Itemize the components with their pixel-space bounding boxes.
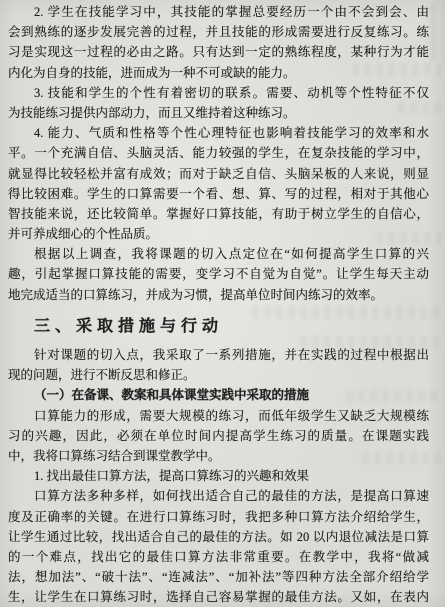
text-line: 2. 学生在技能学习中，其技能的掌握总要经历一个由不会到会、由 (8, 2, 429, 22)
text-line: 根据以上调查，我将课题的切入点定位在“如何提高学生口算的兴 (8, 244, 429, 264)
text-line: 法，想加法”、“破十法”、“连减法”、“加补法”等四种方法全部介绍给学 (8, 567, 429, 587)
document-page: 2. 学生在技能学习中，其技能的掌握总要经历一个由不会到会、由会到熟练的逐步发展… (0, 0, 445, 607)
text-line: 口算能力的形成，需要大规模的练习，而低年级学生又缺乏大规模练 (8, 406, 429, 426)
text-line: 1. 找出最佳口算方法，提高口算练习的兴趣和效果 (8, 466, 429, 486)
bleed-through-artifact (430, 4, 444, 62)
text-line: 生，让学生在口算练习时，选择自己容易掌握的最佳方法。又如，在表内 (8, 587, 429, 607)
text-line: 口算方法多种多样，如何找出适合自己的最佳的方法，是提高口算速 (8, 486, 429, 506)
text-line: 得比较困难。学生的口算需要一个看、想、算、写的过程，相对于其他心 (8, 184, 429, 204)
section-heading: 三、采取措施与行动 (8, 317, 429, 337)
subsection-heading: （一）在备课、教案和具体课堂实践中采取的措施 (8, 385, 429, 405)
text-line: 习是实现这一过程的必由之路。只有达到一定的熟练程度，某种行为才能 (8, 42, 429, 62)
text-line: 度及正确率的关键。在进行口算练习时，我把多种口算方法介绍给学生， (8, 507, 429, 527)
text-line: 的一个难点，找出它的最佳口算方法非常重要。在教学中，我将“做减 (8, 547, 429, 567)
text-line: 针对课题的切入点，我采取了一系列措施，并在实践的过程中根据出 (8, 345, 429, 365)
text-line: 就显得比较轻松并富有成效；而对于缺乏自信、头脑呆板的人来说，则显 (8, 164, 429, 184)
text-line: 让学生通过比较，找出适合自己的最佳的方法。如 20 以内退位减法是口算 (8, 527, 429, 547)
text-line: 4. 能力、气质和性格等个性心理特征也影响着技能学习的效率和水 (8, 123, 429, 143)
text-line: 智技能来说，还比较简单。掌握好口算技能，有助于树立学生的自信心， (8, 204, 429, 224)
text-line: 现的问题，进行不断反思和修正。 (8, 365, 429, 385)
text-line: 会到熟练的逐步发展完善的过程，并且技能的形成需要进行反复练习。练 (8, 22, 429, 42)
text-content: 2. 学生在技能学习中，其技能的掌握总要经历一个由不会到会、由会到熟练的逐步发展… (8, 2, 429, 607)
text-line: 趣，引起掌握口算技能的需要，变学习不自觉为自觉”。让学生每天主动 (8, 264, 429, 284)
text-line: 平。一个充满自信、头脑灵活、能力较强的学生，在复杂技能的学习中， (8, 143, 429, 163)
text-line: 为技能练习提供内部动力，而且又维持着这种练习。 (8, 103, 429, 123)
text-line: 习的兴趣，因此，必须在单位时间内提高学生练习的质量。在课题实践 (8, 426, 429, 446)
text-line: 并可养成细心的个性品质。 (8, 224, 429, 244)
text-line: 中，我将口算练习结合到课堂教学中。 (8, 446, 429, 466)
text-line: 内化为自身的技能，进而成为一种不可或缺的能力。 (8, 63, 429, 83)
text-line: 地完成适当的口算练习，并成为习惯，提高单位时间内练习的效率。 (8, 285, 429, 305)
text-line: 3. 技能和学生的个性有着密切的联系。需要、动机等个性特征不仅 (8, 83, 429, 103)
